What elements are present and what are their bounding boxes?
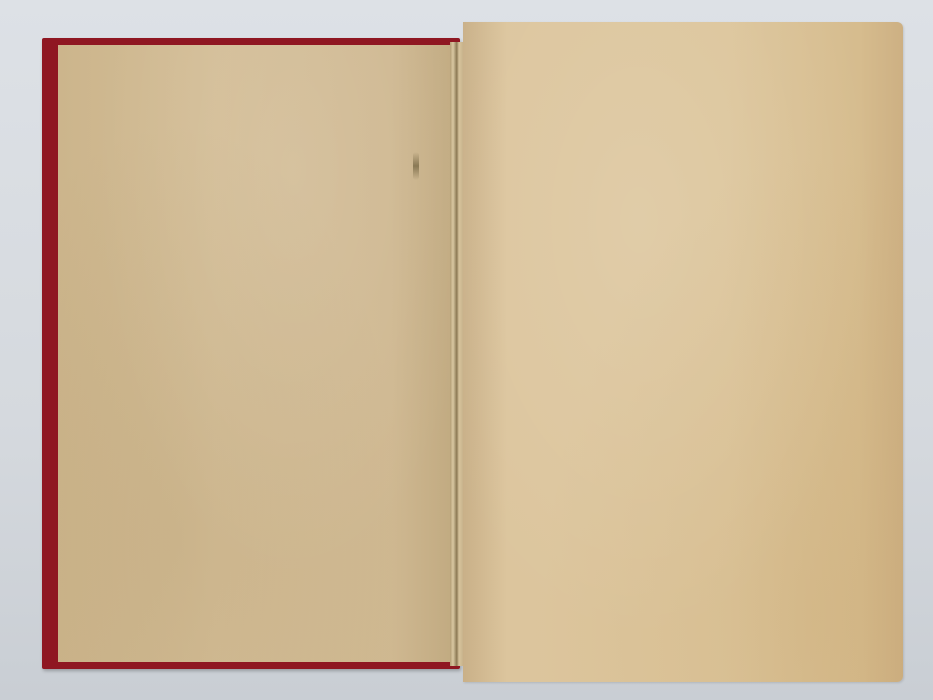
page-stain	[413, 152, 419, 180]
left-blank-page	[58, 45, 450, 662]
photo-scene	[0, 0, 933, 700]
right-blank-page	[463, 22, 903, 682]
